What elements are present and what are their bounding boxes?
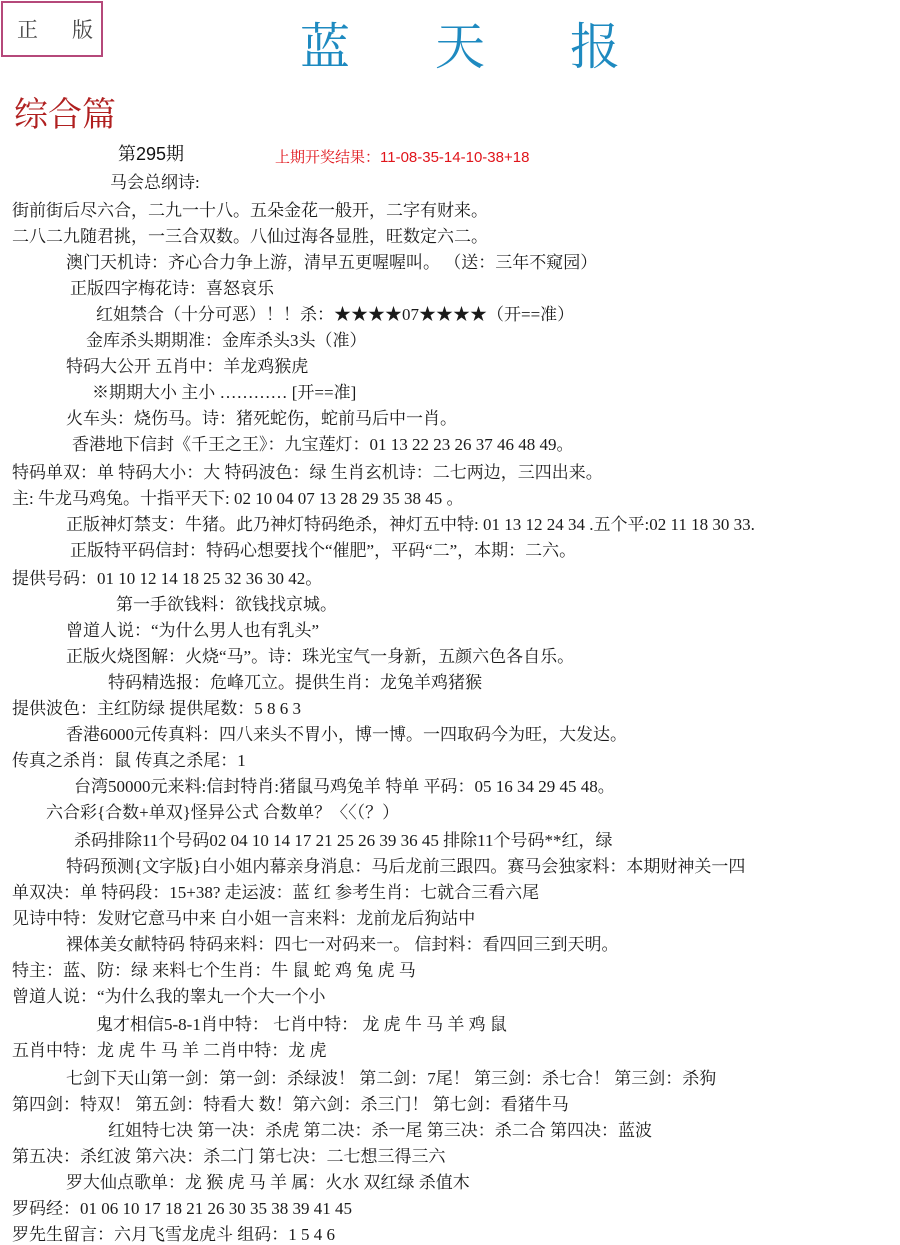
text-line: 七剑下天山第一剑：第一剑：杀绿波！ 第二剑：7尾！ 第三剑：杀七合！ 第三剑：杀… (66, 1068, 716, 1090)
text-line: 罗大仙点歌单：龙 猴 虎 马 羊 属：火水 双红绿 杀值木 (66, 1172, 470, 1194)
text-line: 特主：蓝、防：绿 来料七个生肖：牛 鼠 蛇 鸡 兔 虎 马 (12, 960, 416, 982)
text-line: 红姐禁合（十分可恶）！！杀：★★★★07★★★★（开==准） (96, 304, 574, 326)
text-line: 香港6000元传真料：四八来头不胃小，博一博。一四取码今为旺，大发达。 (66, 724, 627, 746)
text-line: 特码大公开 五肖中：羊龙鸡猴虎 (66, 356, 308, 378)
text-line: ※期期大小 主小 ………… [开==准] (92, 382, 356, 404)
text-line: 见诗中特：发财它意马中来 白小姐一言来料：龙前龙后狗站中 (12, 908, 475, 930)
badge-char-left: 正 (17, 14, 38, 44)
authentic-edition-badge: 正 版 (1, 1, 103, 57)
issue-number: 第295期 (118, 140, 184, 166)
text-line: 正版火烧图解：火烧“马”。诗：珠光宝气一身新，五颜六色各自乐。 (66, 646, 574, 668)
text-line: 六合彩{合数+单双}怪异公式 合数单？〈〈（？） (46, 802, 399, 824)
text-line: 澳门天机诗：齐心合力争上游，清早五更喔喔叫。 （送：三年不窥园） (66, 252, 597, 274)
text-line: 正版四字梅花诗：喜怒哀乐 (70, 278, 274, 300)
text-line: 裸体美女献特码 特码来料：四七一对码来一。 信封料：看四回三到天明。 (66, 934, 619, 956)
text-line: 红姐特七决 第一决：杀虎 第二决：杀一尾 第三决：杀二合 第四决：蓝波 (108, 1120, 652, 1142)
last-draw-result: 上期开奖结果：11-08-35-14-10-38+18 (275, 146, 529, 167)
text-line: 马会总纲诗: (110, 172, 200, 194)
text-line: 鬼才相信5-8-1肖中特： 七肖中特： 龙 虎 牛 马 羊 鸡 鼠 (96, 1014, 507, 1036)
text-line: 五肖中特：龙 虎 牛 马 羊 二肖中特：龙 虎 (12, 1040, 327, 1062)
text-line: 单双决：单 特码段：15+38? 走运波：蓝 红 参考生肖：七就合三看六尾 (12, 882, 539, 904)
text-line: 罗先生留言：六月飞雪龙虎斗 组码：1 5 4 6 (12, 1224, 335, 1245)
text-line: 正版特平码信封：特码心想要找个“催肥”，平码“二”，本期：二六。 (70, 540, 576, 562)
text-line: 特码预测{文字版}白小姐内幕亲身消息：马后龙前三跟四。赛马会独家料：本期财神关一… (66, 856, 745, 878)
text-line: 曾道人说：“为什么男人也有乳头” (66, 620, 319, 642)
text-line: 特码精选报：危峰兀立。提供生肖：龙兔羊鸡猪猴 (108, 672, 482, 694)
text-line: 提供波色：主红防绿 提供尾数：5 8 6 3 (12, 698, 301, 720)
masthead-char-3: 报 (570, 22, 620, 72)
text-line: 火车头：烧伤马。诗：猪死蛇伤，蛇前马后中一肖。 (66, 408, 457, 430)
text-line: 二八二九随君挑，一三合双数。八仙过海各显胜，旺数定六二。 (12, 226, 488, 248)
text-line: 罗码经：01 06 10 17 18 21 26 30 35 38 39 41 … (12, 1198, 352, 1220)
text-line: 正版神灯禁支：牛猪。此乃神灯特码绝杀，神灯五中特: 01 13 12 24 34… (66, 514, 755, 536)
text-line: 台湾50000元来料:信封特肖:猪鼠马鸡兔羊 特单 平码：05 16 34 29… (74, 776, 615, 798)
masthead-char-1: 蓝 (300, 22, 350, 72)
text-line: 主: 牛龙马鸡兔。十指平天下: 02 10 04 07 13 28 29 35 … (12, 488, 463, 510)
badge-char-right: 版 (72, 14, 93, 44)
text-line: 第五决：杀红波 第六决：杀二门 第七决：二七想三得三六 (12, 1146, 446, 1168)
text-line: 街前街后尽六合，二九一十八。五朵金花一般开，二字有财来。 (12, 200, 488, 222)
text-line: 杀码排除11个号码02 04 10 14 17 21 25 26 39 36 4… (74, 830, 613, 852)
section-title: 综合篇 (14, 97, 116, 134)
text-line: 提供号码：01 10 12 14 18 25 32 36 30 42。 (12, 568, 322, 590)
text-line: 特码单双：单 特码大小：大 特码波色：绿 生肖玄机诗：二七两边，三四出来。 (12, 462, 603, 484)
masthead-char-2: 天 (435, 22, 485, 72)
text-line: 金库杀头期期准：金库杀头3头（准） (86, 330, 367, 352)
text-line: 曾道人说：“为什么我的睾丸一个大一个小 (12, 986, 326, 1008)
text-line: 传真之杀肖：鼠 传真之杀尾：1 (12, 750, 246, 772)
text-line: 第四剑：特双！ 第五剑：特看大 数！第六剑：杀三门！ 第七剑：看猪牛马 (12, 1094, 569, 1116)
text-line: 第一手欲钱料：欲钱找京城。 (116, 594, 337, 616)
text-line: 香港地下信封《千王之王》：九宝莲灯：01 13 22 23 26 37 46 4… (72, 434, 574, 456)
masthead-title: 蓝 天 报 (300, 22, 620, 72)
